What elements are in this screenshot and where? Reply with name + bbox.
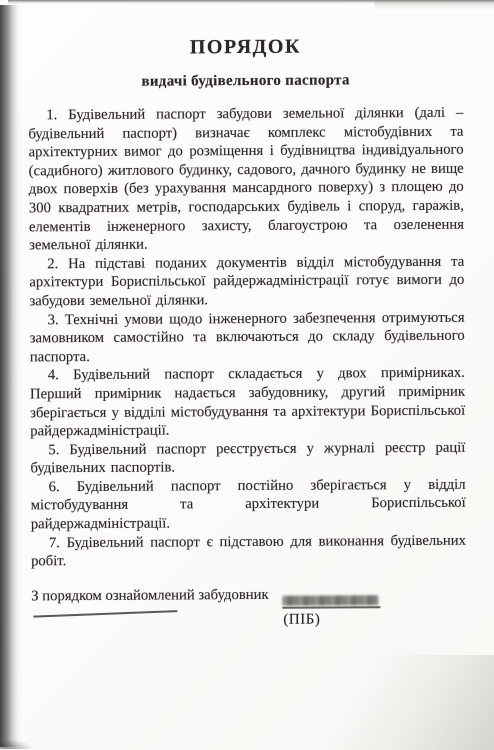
document-subtitle: видачі будівельного паспорта	[28, 72, 463, 92]
scanned-document-page: ПОРЯДОК видачі будівельного паспорта 1. …	[0, 0, 494, 750]
document-content: ПОРЯДОК видачі будівельного паспорта 1. …	[28, 29, 467, 750]
paragraph-2: 2. На підставі поданих документів відділ…	[29, 252, 464, 310]
scan-edge-left	[0, 5, 22, 747]
signature-block: (ПІБ)	[31, 595, 466, 668]
paragraph-6: 6. Будівельний паспорт постійно зберігає…	[31, 476, 466, 534]
name-caption: (ПІБ)	[283, 611, 382, 629]
paragraph-1: 1. Будівельний паспорт забудови земельно…	[28, 104, 464, 255]
paragraph-4: 4. Будівельний паспорт складається у дво…	[30, 364, 465, 441]
redacted-name-underline	[282, 606, 380, 609]
signature-line	[33, 610, 177, 617]
document-title: ПОРЯДОК	[28, 35, 463, 61]
signee-area: (ПІБ)	[282, 595, 382, 629]
paragraph-7: 7. Будівельний паспорт є підставою для в…	[31, 531, 466, 571]
paragraph-3: 3. Технічні умови щодо інженерного забез…	[30, 308, 465, 366]
document-body: 1. Будівельний паспорт забудови земельно…	[28, 104, 466, 571]
scan-shade-top-right	[374, 0, 494, 10]
redacted-name	[282, 595, 378, 606]
paragraph-5: 5. Будівельний паспорт реєструється у жу…	[30, 438, 465, 478]
